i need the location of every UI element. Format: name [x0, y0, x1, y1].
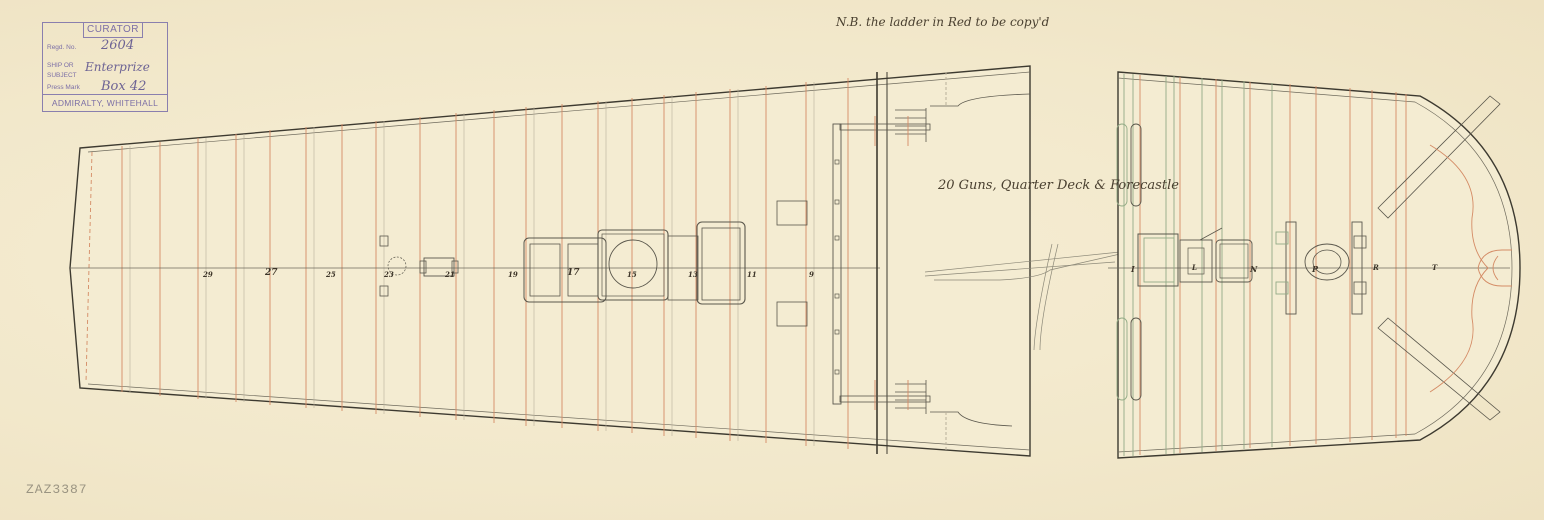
- plan-sheet: CURATOR Regd. No. 2604 SHIP OR SUBJECT E…: [0, 0, 1544, 520]
- stamp-footer: ADMIRALTY, WHITEHALL: [43, 94, 167, 111]
- frame-label: 17: [567, 268, 580, 278]
- frame-label: 25: [326, 270, 336, 279]
- ship-value: Enterprize: [85, 60, 150, 74]
- frame-label: N: [1250, 264, 1257, 274]
- frame-label: T: [1432, 263, 1437, 272]
- frame-label: 19: [508, 270, 518, 279]
- subject-label: SUBJECT: [47, 72, 77, 79]
- stamp-header: CURATOR: [83, 23, 143, 38]
- frame-label: 27: [265, 268, 278, 278]
- deck-plan-drawing: [0, 0, 1544, 520]
- frame-label: I: [1131, 264, 1135, 274]
- frame-label: 23: [384, 270, 394, 279]
- frame-label: R: [1373, 263, 1379, 272]
- reference-number: ZAZ3387: [26, 482, 88, 497]
- plan-title: 20 Guns, Quarter Deck & Forecastle: [938, 178, 1179, 193]
- ship-label: SHIP OR: [47, 62, 74, 69]
- frame-label: 9: [809, 270, 814, 279]
- press-mark-value: Box 42: [101, 79, 146, 94]
- frame-label: P: [1312, 264, 1318, 274]
- frame-label: 15: [627, 270, 637, 279]
- frame-label: L: [1192, 263, 1197, 272]
- curator-stamp: CURATOR Regd. No. 2604 SHIP OR SUBJECT E…: [42, 22, 168, 112]
- regd-label: Regd. No.: [47, 44, 76, 51]
- quarter-deck-plan: [70, 66, 1030, 456]
- frame-label: 21: [445, 270, 455, 279]
- frame-label: 29: [203, 270, 213, 279]
- regd-value: 2604: [101, 38, 134, 53]
- ladder-note: N.B. the ladder in Red to be copy'd: [836, 15, 1049, 29]
- frame-label: 11: [747, 270, 757, 279]
- frame-label: 13: [688, 270, 698, 279]
- press-mark-label: Press Mark: [47, 84, 80, 91]
